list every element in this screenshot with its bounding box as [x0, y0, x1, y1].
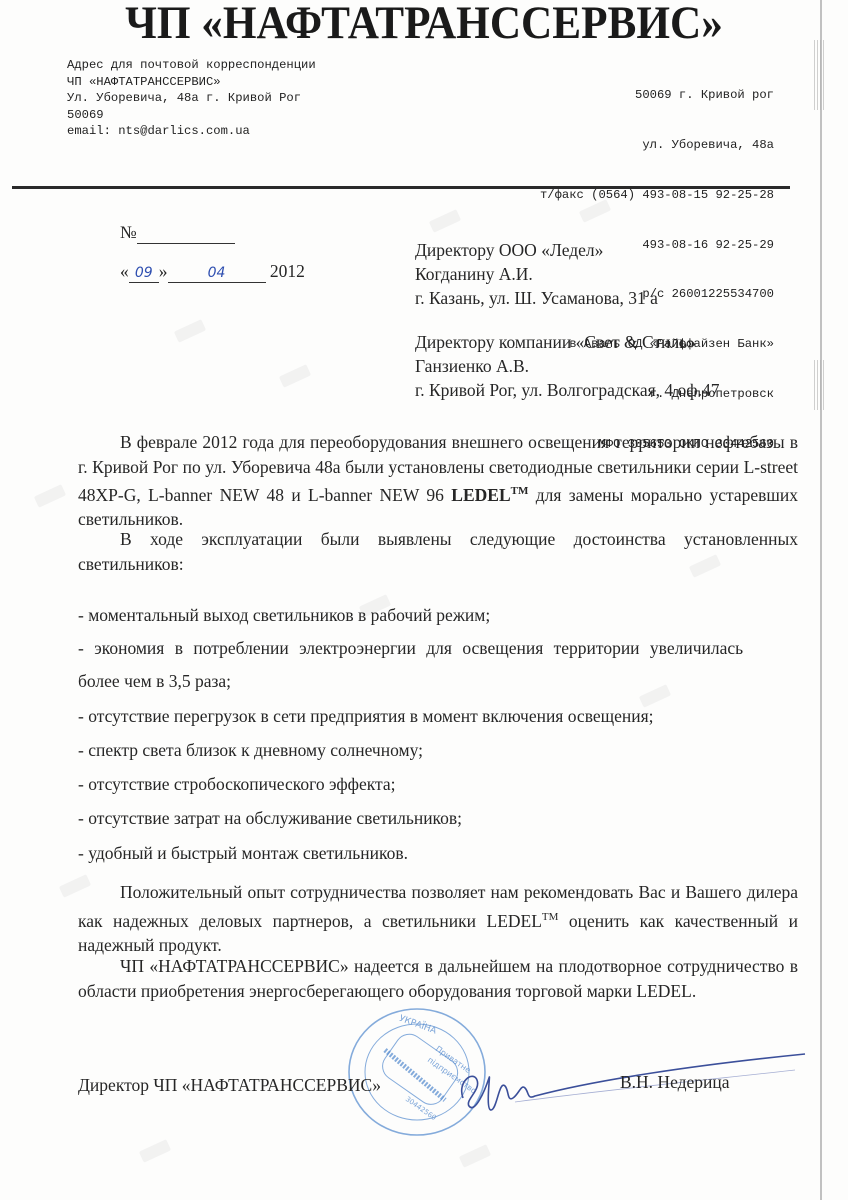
list-item: - удобный и быстрый монтаж светильников.	[78, 843, 798, 864]
recipient-position: Директору ООО «Ледел»	[415, 238, 658, 262]
postal-address-line: Адрес для почтовой корреспонденции	[67, 57, 316, 74]
signatory-name: В.Н. Недерица	[620, 1072, 730, 1093]
scan-watermark	[429, 209, 461, 233]
scan-edge-line	[820, 0, 822, 1200]
paragraph-advantages-intro: В ходе эксплуатации были выявлены следую…	[78, 527, 798, 576]
recipient-block-ledel: Директору ООО «Ледел» Когданину А.И. г. …	[415, 238, 658, 310]
number-blank	[137, 222, 235, 244]
email-line: email: nts@darlics.com.ua	[67, 123, 316, 140]
letterhead-divider	[12, 186, 790, 189]
trademark-sign: TM	[511, 485, 529, 497]
postal-address-block: Адрес для почтовой корреспонденции ЧП «Н…	[67, 57, 316, 140]
list-item: - отсутствие стробоскопического эффекта;	[78, 774, 798, 795]
recipient-name: Ганзиенко А.В.	[415, 354, 720, 378]
list-item: - отсутствие затрат на обслуживание свет…	[78, 808, 798, 829]
quote-open: «	[120, 261, 129, 281]
scan-edge-noise	[814, 40, 824, 110]
requisite-line: 50069 г. Кривой рог	[540, 87, 774, 104]
postal-address-line: ЧП «НАФТАТРАНССЕРВИС»	[67, 74, 316, 91]
recipient-name: Когданину А.И.	[415, 262, 658, 286]
scan-watermark	[139, 1139, 171, 1163]
list-item: - экономия в потреблении электроэнергии …	[78, 638, 798, 659]
paragraph-recommendation: Положительный опыт сотрудничества позвол…	[78, 880, 798, 957]
postal-address-line: 50069	[67, 107, 316, 124]
list-item: - отсутствие перегрузок в сети предприят…	[78, 706, 798, 727]
number-label: №	[120, 222, 137, 242]
date-year: 2012	[270, 261, 305, 281]
requisite-line: ул. Уборевича, 48а	[540, 137, 774, 154]
quote-close: »	[159, 261, 168, 281]
list-item: - спектр света близок к дневному солнечн…	[78, 740, 798, 761]
list-item-continuation: более чем в 3,5 раза;	[78, 671, 798, 692]
handwritten-day: 09	[135, 265, 153, 281]
recipient-address: г. Кривой Рог, ул. Волгоградская, 4 оф.4…	[415, 378, 720, 402]
paragraph-cooperation: ЧП «НАФТАТРАНССЕРВИС» надеется в дальней…	[78, 954, 798, 1003]
trademark-sign: TM	[542, 911, 559, 923]
scan-watermark	[279, 364, 311, 388]
paragraph-installation: В феврале 2012 года для переоборудования…	[78, 430, 798, 532]
recipient-block-svet-stil: Директору компании «Свет & Стиль» Ганзие…	[415, 330, 720, 402]
brand-ledel: LEDEL	[451, 485, 510, 505]
postal-address-line: Ул. Уборевича, 48а г. Кривой Рог	[67, 90, 316, 107]
recipient-address: г. Казань, ул. Ш. Усаманова, 31 а	[415, 286, 658, 310]
outgoing-number: №	[120, 222, 235, 244]
phone-fax-line: т/факс (0564) 493-08-15 92-25-28	[540, 187, 774, 204]
scan-watermark	[34, 484, 66, 508]
handwritten-month: 04	[208, 265, 226, 281]
svg-text:30442560: 30442560	[404, 1095, 438, 1122]
scan-edge-noise	[814, 360, 824, 410]
recipient-position: Директору компании «Свет & Стиль»	[415, 330, 720, 354]
scan-watermark	[174, 319, 206, 343]
company-title: ЧП «НАФТАТРАНССЕРВИС»	[34, 0, 814, 50]
list-item: - моментальный выход светильников в рабо…	[78, 605, 798, 626]
date-month-blank: 04	[168, 261, 266, 283]
scan-watermark	[459, 1144, 491, 1168]
letter-date: «09»04 2012	[120, 261, 305, 283]
svg-text:УКРАЇНА: УКРАЇНА	[398, 1013, 439, 1037]
date-day-blank: 09	[129, 261, 159, 283]
signatory-position: Директор ЧП «НАФТАТРАНССЕРВИС»	[78, 1075, 381, 1096]
